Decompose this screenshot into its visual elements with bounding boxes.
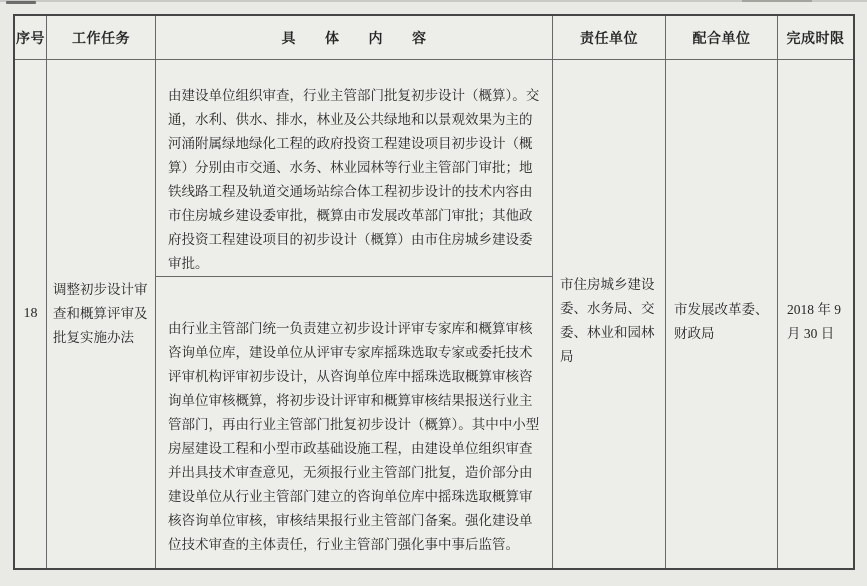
scanned-document-page: 序号 工作任务 具 体 内 容 责任单位 配合单位 完成时限 18 调整初步设计… xyxy=(0,0,867,586)
row-cooperating-unit: 市发展改革委、财政局 xyxy=(666,60,778,568)
column-header-seq: 序号 xyxy=(15,16,47,60)
row-work-task: 调整初步设计审查和概算评审及批复实施办法 xyxy=(47,60,156,568)
row-responsible-unit: 市住房城乡建设委、水务局、交委、林业和园林局 xyxy=(553,60,666,568)
column-header-cooperating-unit: 配合单位 xyxy=(666,16,778,60)
column-header-responsible-unit: 责任单位 xyxy=(553,16,666,60)
column-header-content: 具 体 内 容 xyxy=(156,16,553,60)
row-completion-deadline: 2018 年 9月 30 日 xyxy=(778,60,853,568)
scan-artifact xyxy=(742,0,812,2)
row-content-paragraph-1: 由建设单位组织审查，行业主管部门批复初步设计（概算）。交通，水利、供水、排水，林… xyxy=(156,60,553,277)
row-content-paragraph-2: 由行业主管部门统一负责建立初步设计评审专家库和概算审核咨询单位库，建设单位从评审… xyxy=(156,277,553,568)
scan-artifact xyxy=(6,1,36,4)
row-seq-number: 18 xyxy=(15,60,47,568)
column-header-deadline: 完成时限 xyxy=(778,16,853,60)
work-task-table: 序号 工作任务 具 体 内 容 责任单位 配合单位 完成时限 18 调整初步设计… xyxy=(13,14,855,570)
column-header-task: 工作任务 xyxy=(47,16,156,60)
scan-artifact xyxy=(0,0,867,2)
